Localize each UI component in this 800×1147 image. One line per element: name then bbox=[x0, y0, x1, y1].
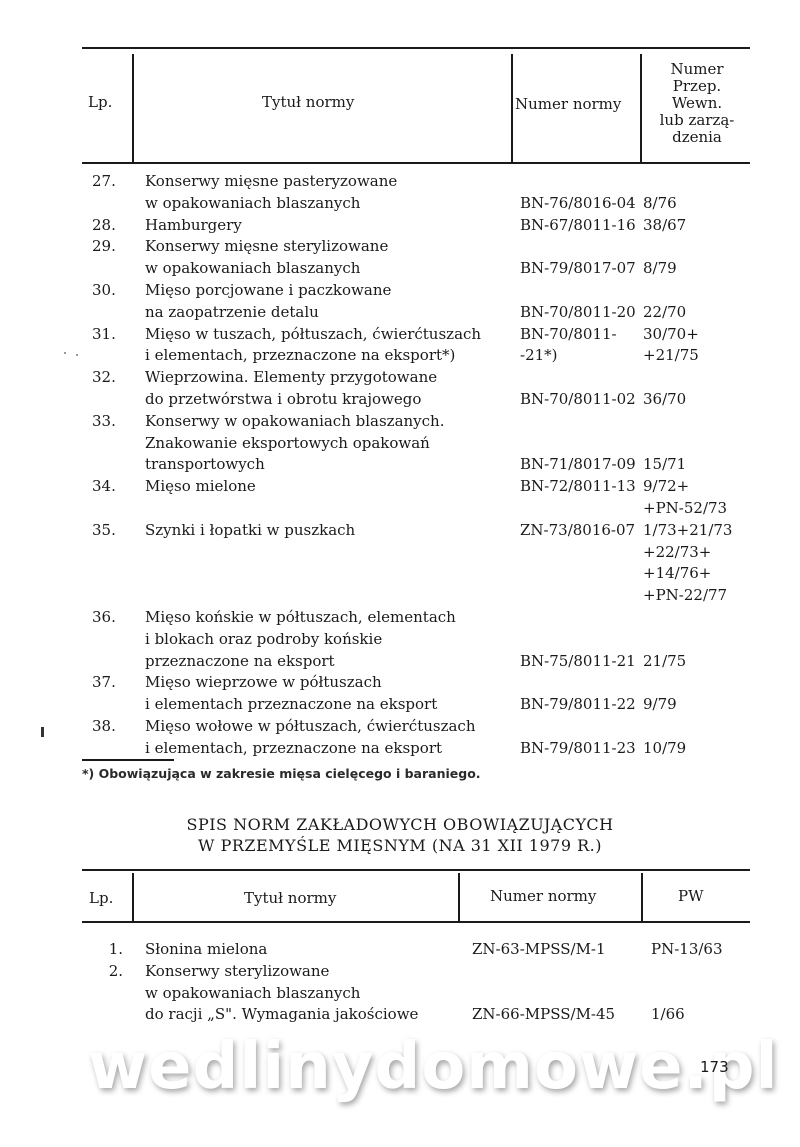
table1-header-internal-line: dzenia bbox=[642, 129, 752, 146]
norm-internal-number: 10/79 bbox=[643, 737, 686, 759]
norm-title: w opakowaniach blaszanych bbox=[145, 192, 360, 214]
norm-internal-number: 21/75 bbox=[643, 650, 686, 672]
norm-number: BN-79/8017-07 bbox=[520, 257, 636, 279]
row-number: 29. bbox=[92, 235, 122, 257]
norm-title: Mięso wołowe w półtuszach, ćwierćtuszach bbox=[145, 715, 476, 737]
table-row: 28.HamburgeryBN-67/8011-1638/67 bbox=[0, 214, 800, 236]
norm-title: w opakowaniach blaszanych bbox=[145, 257, 360, 279]
norm-internal-number: +21/75 bbox=[643, 344, 699, 366]
row-number: 36. bbox=[92, 606, 122, 628]
table-row: 29.Konserwy mięsne sterylizowanew opakow… bbox=[0, 235, 800, 279]
row-number: 32. bbox=[92, 366, 122, 388]
table1-header-internal-line: Wewn. bbox=[642, 95, 752, 112]
table-row: 32.Wieprzowina. Elementy przygotowanedo … bbox=[0, 366, 800, 410]
norm-internal-number: 15/71 bbox=[643, 453, 686, 475]
norm-title: Konserwy mięsne pasteryzowane bbox=[145, 170, 397, 192]
norm-number: BN-72/8011-13 bbox=[520, 475, 636, 497]
table-row: 27.Konserwy mięsne pasteryzowanew opakow… bbox=[0, 170, 800, 214]
norm-pw: PN-13/63 bbox=[651, 938, 723, 960]
norm-title: Mięso mielone bbox=[145, 475, 256, 497]
norm-title: Konserwy sterylizowane bbox=[145, 960, 329, 982]
table-row: 36.Mięso końskie w półtuszach, elementac… bbox=[0, 606, 800, 671]
norm-internal-number: 8/76 bbox=[643, 192, 677, 214]
norm-title: Konserwy w opakowaniach blaszanych. bbox=[145, 410, 445, 432]
table2-col-divider bbox=[458, 873, 460, 921]
norm-title: transportowych bbox=[145, 453, 265, 475]
row-number: 33. bbox=[92, 410, 122, 432]
norm-number: BN-70/8011-02 bbox=[520, 388, 636, 410]
norm-title: Mięso porcjowane i paczkowane bbox=[145, 279, 391, 301]
section-heading-line1: SPIS NORM ZAKŁADOWYCH OBOWIĄZUJĄCYCH bbox=[0, 815, 800, 834]
norm-title: Mięso wieprzowe w półtuszach bbox=[145, 671, 382, 693]
table-row: 37.Mięso wieprzowe w półtuszachi element… bbox=[0, 671, 800, 715]
table2-col-divider bbox=[641, 873, 643, 921]
norm-number: BN-70/8011- bbox=[520, 323, 617, 345]
footnote: *) Obowiązująca w zakresie mięsa cielęce… bbox=[82, 766, 481, 781]
norm-title: i elementach przeznaczone na eksport bbox=[145, 693, 437, 715]
norm-title: Konserwy mięsne sterylizowane bbox=[145, 235, 388, 257]
norm-title: Wieprzowina. Elementy przygotowane bbox=[145, 366, 437, 388]
table-row: 33.Konserwy w opakowaniach blaszanych.Zn… bbox=[0, 410, 800, 475]
table2-header-number: Numer normy bbox=[490, 888, 596, 905]
footnote-rule bbox=[82, 759, 174, 761]
table1-header-rule bbox=[82, 162, 750, 164]
norm-title: i elementach, przeznaczone na eksport bbox=[145, 737, 442, 759]
norm-internal-number: 36/70 bbox=[643, 388, 686, 410]
table-row: 1.Słonina mielonaZN-63-MPSS/M-1PN-13/63 bbox=[0, 938, 800, 960]
norm-internal-number: 9/72+ bbox=[643, 475, 689, 497]
norm-internal-number: 38/67 bbox=[643, 214, 686, 236]
table1-header-internal: NumerPrzep.Wewn.lub zarzą-dzenia bbox=[642, 61, 752, 146]
table1-header-number: Numer normy bbox=[515, 96, 621, 113]
table-row: 30.Mięso porcjowane i paczkowanena zaopa… bbox=[0, 279, 800, 323]
page-number: 173 bbox=[700, 1058, 729, 1076]
table2-header-pw: PW bbox=[678, 888, 704, 905]
table-row: 35.Szynki i łopatki w puszkachZN-73/8016… bbox=[0, 519, 800, 606]
table1-col-divider bbox=[511, 54, 513, 162]
row-number: 31. bbox=[92, 323, 122, 345]
norm-title: Znakowanie eksportowych opakowań bbox=[145, 432, 430, 454]
norm-number: BN-75/8011-21 bbox=[520, 650, 636, 672]
norm-title: Szynki i łopatki w puszkach bbox=[145, 519, 355, 541]
table-row: 31.Mięso w tuszach, półtuszach, ćwierćtu… bbox=[0, 323, 800, 367]
table1-header-title: Tytuł normy bbox=[262, 94, 354, 111]
norm-title: Słonina mielona bbox=[145, 938, 267, 960]
table2-header-rule bbox=[82, 921, 750, 923]
table1-header-lp: Lp. bbox=[88, 94, 112, 111]
norm-number: BN-70/8011-20 bbox=[520, 301, 636, 323]
row-number: 28. bbox=[92, 214, 122, 236]
norm-number: BN-67/8011-16 bbox=[520, 214, 636, 236]
table-row: 34.Mięso mieloneBN-72/8011-139/72++PN-52… bbox=[0, 475, 800, 519]
section-heading-line2: W PRZEMYŚLE MIĘSNYM (NA 31 XII 1979 R.) bbox=[0, 836, 800, 855]
row-number: 38. bbox=[92, 715, 122, 737]
table2-top-rule bbox=[82, 869, 750, 871]
table-row: 38.Mięso wołowe w półtuszach, ćwierćtusz… bbox=[0, 715, 800, 759]
scan-artifact bbox=[64, 352, 66, 354]
norm-internal-number: +PN-22/77 bbox=[643, 584, 727, 606]
norm-title: Mięso końskie w półtuszach, elementach bbox=[145, 606, 456, 628]
row-number: 37. bbox=[92, 671, 122, 693]
table1-top-rule bbox=[82, 47, 750, 49]
norm-pw: 1/66 bbox=[651, 1003, 685, 1025]
norm-number: ZN-73/8016-07 bbox=[520, 519, 635, 541]
norm-internal-number: +14/76+ bbox=[643, 562, 711, 584]
norm-title: Mięso w tuszach, półtuszach, ćwierćtusza… bbox=[145, 323, 481, 345]
norm-title: w opakowaniach blaszanych bbox=[145, 982, 360, 1004]
row-number: 34. bbox=[92, 475, 122, 497]
table1-header-internal-line: Przep. bbox=[642, 78, 752, 95]
table-row: 2.Konserwy sterylizowanew opakowaniach b… bbox=[0, 960, 800, 1025]
norm-number: BN-79/8011-22 bbox=[520, 693, 636, 715]
row-number: 2. bbox=[98, 960, 123, 982]
norm-internal-number: 8/79 bbox=[643, 257, 677, 279]
norm-internal-number: +22/73+ bbox=[643, 541, 711, 563]
table1-header-internal-line: lub zarzą- bbox=[642, 112, 752, 129]
norm-title: Hamburgery bbox=[145, 214, 242, 236]
norm-title: przeznaczone na eksport bbox=[145, 650, 335, 672]
norm-internal-number: 22/70 bbox=[643, 301, 686, 323]
norm-internal-number: +PN-52/73 bbox=[643, 497, 727, 519]
norm-number: BN-76/8016-04 bbox=[520, 192, 636, 214]
norm-internal-number: 30/70+ bbox=[643, 323, 699, 345]
norm-internal-number: 1/73+21/73 bbox=[643, 519, 732, 541]
table2-header-title: Tytuł normy bbox=[244, 890, 336, 907]
norm-number: ZN-63-MPSS/M-1 bbox=[472, 938, 606, 960]
scan-artifact bbox=[41, 727, 44, 737]
row-number: 1. bbox=[98, 938, 123, 960]
norm-internal-number: 9/79 bbox=[643, 693, 677, 715]
document-page: Lp. Tytuł normy Numer normy NumerPrzep.W… bbox=[0, 0, 800, 1147]
table2-header-lp: Lp. bbox=[89, 890, 113, 907]
norm-number: -21*) bbox=[520, 344, 558, 366]
norm-title: i elementach, przeznaczone na eksport*) bbox=[145, 344, 455, 366]
norm-title: i blokach oraz podroby końskie bbox=[145, 628, 382, 650]
norm-title: na zaopatrzenie detalu bbox=[145, 301, 319, 323]
row-number: 35. bbox=[92, 519, 122, 541]
row-number: 27. bbox=[92, 170, 122, 192]
norm-title: do racji „S". Wymagania jakościowe bbox=[145, 1003, 418, 1025]
row-number: 30. bbox=[92, 279, 122, 301]
watermark: wedlinydomowe.pl bbox=[88, 1030, 779, 1104]
norm-number: BN-79/8011-23 bbox=[520, 737, 636, 759]
table1-col-divider bbox=[132, 54, 134, 162]
norm-number: ZN-66-MPSS/M-45 bbox=[472, 1003, 615, 1025]
norm-number: BN-71/8017-09 bbox=[520, 453, 636, 475]
norm-title: do przetwórstwa i obrotu krajowego bbox=[145, 388, 421, 410]
scan-artifact bbox=[76, 354, 78, 356]
table1-header-internal-line: Numer bbox=[642, 61, 752, 78]
table2-col-divider bbox=[132, 873, 134, 921]
